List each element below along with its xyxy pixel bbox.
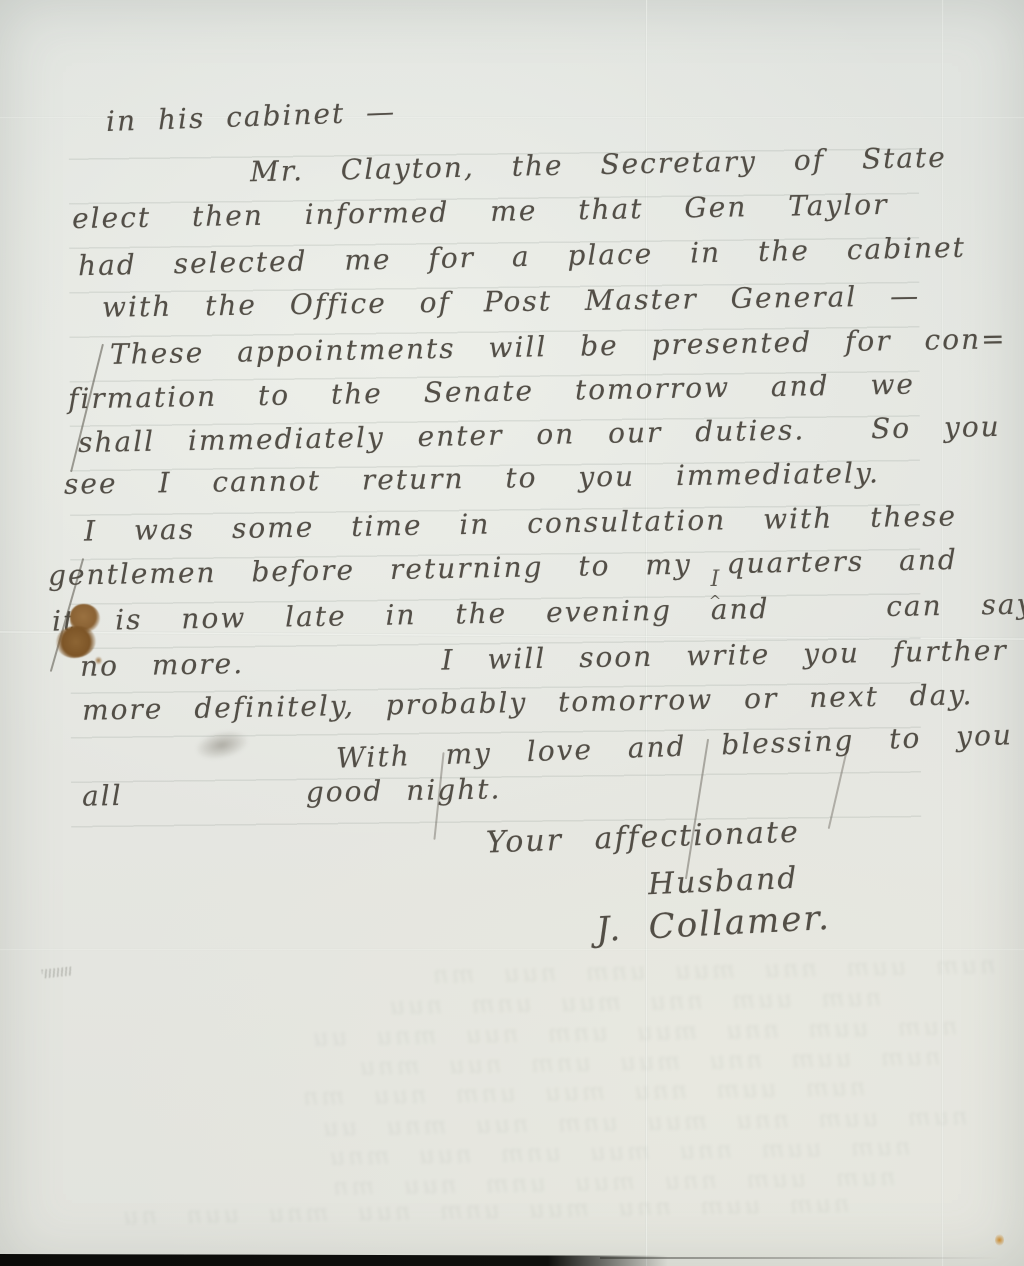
ink-stain: [54, 600, 114, 670]
handwritten-line: With my love and blessing to you: [336, 718, 1014, 775]
handwriting-layer: in his cabinet —Mr. Clayton, the Secreta…: [0, 0, 1024, 1266]
handwritten-line: with the Office of Post Master General —: [102, 279, 921, 323]
handwritten-line: gentlemen before returning to my quarter…: [48, 543, 958, 592]
handwritten-line: J. Collamer.: [595, 898, 832, 950]
orange-speck: [995, 1234, 1004, 1246]
scanner-edge-line: [600, 1257, 1000, 1259]
handwritten-line: Husband: [647, 861, 799, 903]
handwritten-line: elect then informed me that Gen Taylor: [72, 188, 889, 235]
handwritten-line: These appointments will be presented for…: [110, 322, 1007, 371]
handwritten-line: no more. I will soon write you further a…: [80, 632, 1024, 683]
handwritten-line: I was some time in consultation with the…: [84, 499, 957, 547]
scanner-edge-band: [0, 1254, 668, 1266]
ink-stain-drip: [95, 656, 102, 665]
handwritten-line: it is now late in the evening and can sa…: [52, 587, 1024, 637]
handwritten-line: see I cannot return to you immediately.: [64, 456, 880, 500]
handwritten-line: in his cabinet —: [106, 95, 397, 138]
handwritten-line: shall immediately enter on our duties. S…: [78, 410, 1001, 459]
handwritten-line: firmation to the Senate tomorrow and we: [68, 368, 915, 416]
ink-stain-lower-lobe: [56, 626, 96, 658]
handwritten-line: more definitely, probably tomorrow or ne…: [82, 678, 974, 727]
letter-page: num uum nnu muu unm nuu mnnum uum nnu mu…: [0, 0, 1024, 1266]
handwritten-line: Mr. Clayton, the Secretary of State: [250, 141, 947, 189]
handwritten-line: Your affectionate: [485, 815, 800, 861]
inserted-word: I: [700, 570, 730, 590]
inserted-word-with-caret: I ^: [700, 570, 730, 606]
handwritten-line: had selected me for a place in the cabin…: [78, 231, 966, 283]
insertion-caret-mark: ^: [700, 596, 730, 606]
